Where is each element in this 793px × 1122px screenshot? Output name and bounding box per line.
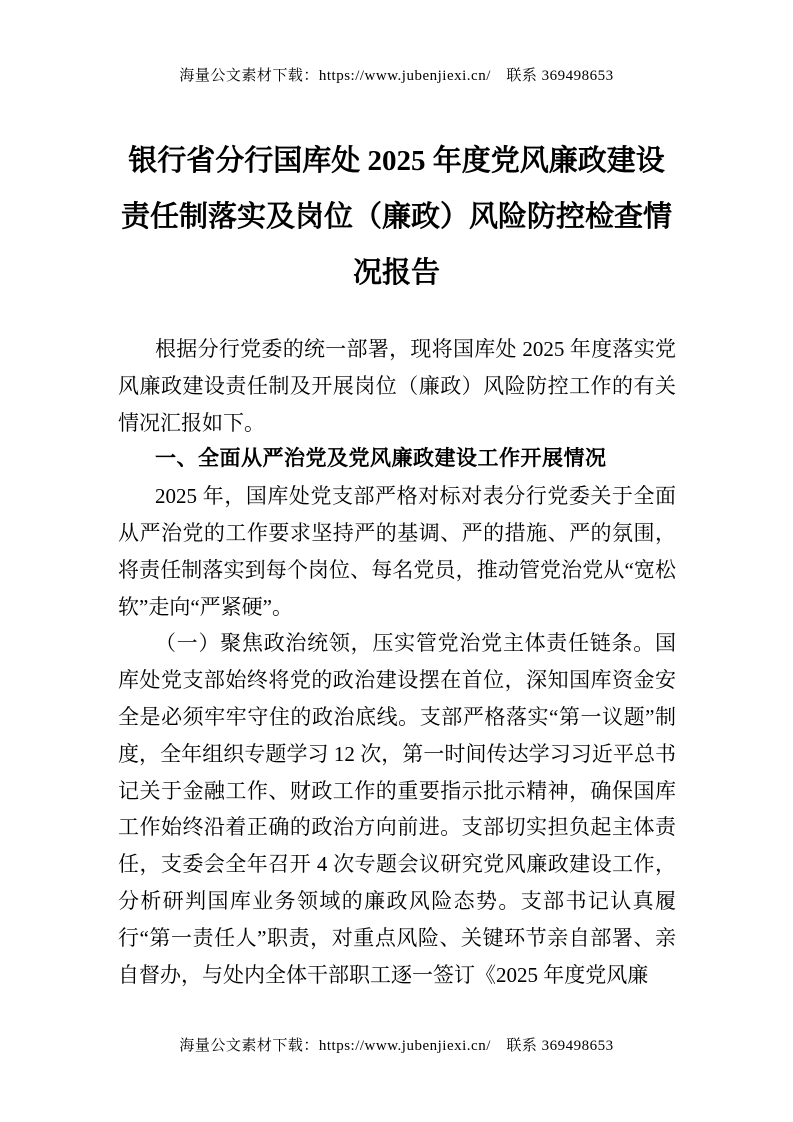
paragraph-intro: 根据分行党委的统一部署，现将国库处 2025 年度落实党风廉政建设责任制及开展岗… xyxy=(118,331,676,441)
header-watermark-text: 海量公文素材下载：https://www.jubenjiexi.cn/ 联系 3… xyxy=(0,64,793,85)
section-heading-1: 一、全面从严治党及党风廉政建设工作开展情况 xyxy=(118,441,676,478)
footer-watermark-text: 海量公文素材下载：https://www.jubenjiexi.cn/ 联系 3… xyxy=(0,1034,793,1055)
document-body: 根据分行党委的统一部署，现将国库处 2025 年度落实党风廉政建设责任制及开展岗… xyxy=(118,331,676,1003)
document-page: 海量公文素材下载：https://www.jubenjiexi.cn/ 联系 3… xyxy=(0,0,793,1122)
paragraph-overview: 2025 年，国库处党支部严格对标对表分行党委关于全面从严治党的工作要求坚持严的… xyxy=(118,478,676,625)
title-line-2: 责任制落实及岗位（廉政）风险防控检查情 xyxy=(60,189,733,245)
document-title: 银行省分行国库处 2025 年度党风廉政建设 责任制落实及岗位（廉政）风险防控检… xyxy=(60,133,733,301)
title-line-1: 银行省分行国库处 2025 年度党风廉政建设 xyxy=(60,133,733,189)
title-line-3: 况报告 xyxy=(60,245,733,301)
paragraph-item-1: （一）聚焦政治统领，压实管党治党主体责任链条。国库处党支部始终将党的政治建设摆在… xyxy=(118,625,676,993)
